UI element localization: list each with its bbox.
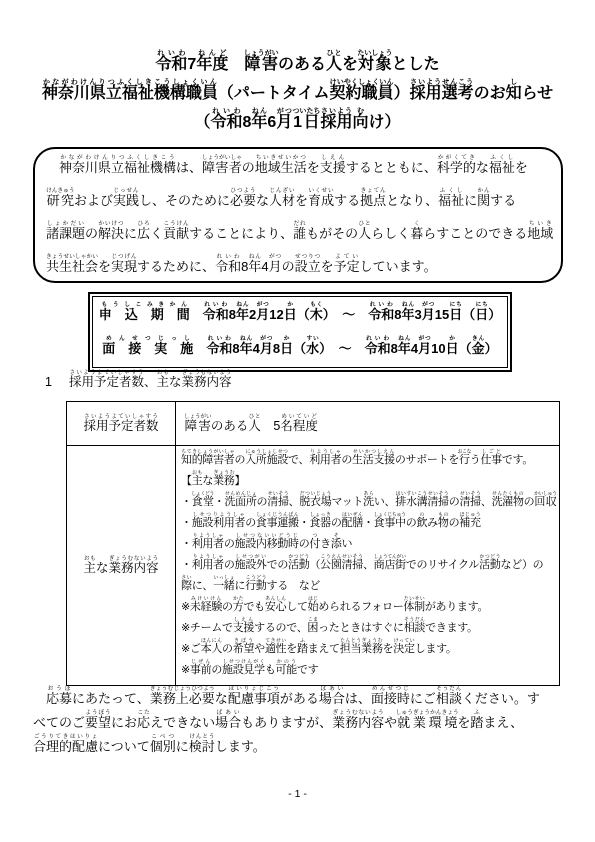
duty-line: ・食堂しょくどう・洗面所せんめんじょの清掃せいそう、脱衣場だついじょうマット洗あ…	[181, 492, 559, 513]
closing-line: 応募おうぼにあたって、業務上必要ぎょうむじょうひつような配慮事項はいりょじこうが…	[33, 686, 578, 710]
main-duties-content-cell: 知的障害者ちてきしょうがいしゃの入所施設にゅうしょしせつで、利用者りようしゃの生…	[176, 446, 559, 685]
title-line-main: 神奈川県立福祉機構職員かながわけんりつふくしきこうしょくいん（パートタイム契約職…	[0, 79, 595, 108]
duty-line: ・利用者りようしゃの施設内移動時しせつないいどうじの付つき添そい	[181, 534, 559, 555]
intro-line: 研究けんきゅうおよび実践じっせんし、そのために必要ひつような人材じんざいを育成い…	[46, 184, 550, 217]
duty-line: ※未経験みけいけんの方かたでも安心あんしんして始はじめられるフォロー体制たいせい…	[181, 597, 559, 618]
duty-line: 知的障害者ちてきしょうがいしゃの入所施設にゅうしょしせつで、利用者りようしゃの生…	[181, 450, 559, 471]
recruitment-table: 採用予定者数さいようよていしゃすう 障害しょうがいのある人ひと 5名程度めいてい…	[66, 401, 560, 686]
schedule-box-inner: 申 込 期 間もうしこみきかん 令和れいわ8年ねん2月がつ12日か（木もく） ～…	[92, 296, 508, 368]
duty-line: ※ご本人ほんにんの希望きぼうや適性てきせいを踏ふまえて担当業務たんとうぎょうむを…	[181, 639, 559, 660]
closing-line: 合理的配慮ごうりてきはいりょについて個別こべつに検討けんとうします。	[33, 734, 578, 758]
intro-line: 神奈川県立福祉機構かながわけんりつふくしきこうは、障害者しょうがいしゃの地域生活…	[46, 151, 550, 184]
title-line-fiscal-year: 令和れいわ7年度ねんど 障害しょうがいのある人ひとを対象たいしょうとした	[0, 50, 595, 79]
duty-line: ・利用者りようしゃの施設外しせつがいでの活動かつどう（公園清掃こうえんせいそう、…	[181, 555, 559, 576]
main-duties-label: 主おもな業務内容ぎょうむないよう	[83, 556, 158, 576]
document-page: 令和れいわ7年度ねんど 障害しょうがいのある人ひとを対象たいしょうとした 神奈川…	[0, 0, 595, 842]
document-title: 令和れいわ7年度ねんど 障害しょうがいのある人ひとを対象たいしょうとした 神奈川…	[0, 50, 595, 137]
title-line-hire-date: （令和れいわ8年ねん6月がつ1日ついたち採用さいよう向むけ）	[0, 108, 595, 137]
recruit-count-value-cell: 障害しょうがいのある人ひと 5名程度めいていど	[176, 402, 559, 445]
closing-paragraph: 応募おうぼにあたって、業務上必要ぎょうむじょうひつような配慮事項はいりょじこうが…	[33, 686, 578, 758]
recruit-count-value: 障害しょうがいのある人ひと 5名程度めいていど	[184, 414, 318, 434]
intro-line: 共生社会きょうせいしゃかいを実現じつげんするために、令和れいわ8年ねん4月がつの…	[46, 250, 550, 283]
table-row-recruit-count: 採用予定者数さいようよていしゃすう 障害しょうがいのある人ひと 5名程度めいてい…	[67, 402, 559, 446]
intro-line: 諸課題しょかだいの解決かいけつに広ひろく貢献こうけんすることにより、誰だれもがそ…	[46, 217, 550, 250]
intro-box: 神奈川県立福祉機構かながわけんりつふくしきこうは、障害者しょうがいしゃの地域生活…	[33, 147, 563, 283]
recruit-count-label-cell: 採用予定者数さいようよていしゃすう	[67, 402, 176, 445]
section-number: 1	[45, 369, 52, 396]
recruit-count-label: 採用予定者数さいようよていしゃすう	[83, 414, 158, 434]
duty-line: ・施設利用者しせつりようしゃの食事運搬しょくじうんぱん・食器しょっきの配膳はいぜ…	[181, 513, 559, 534]
main-duties-label-cell: 主おもな業務内容ぎょうむないよう	[67, 446, 176, 685]
duty-line: ※チームで支援しえんするので、困こまったときはすぐに相談そうだんできます。	[181, 618, 559, 639]
duty-line: 際さいに、一緒いっしょに行動こうどうする など	[181, 576, 559, 597]
page-number: - 1 -	[0, 788, 595, 800]
duty-line: ※事前じぜんの施設見学しせつけんがくも可能かのうです	[181, 660, 559, 681]
section-1-heading: 1採用予定者数さいようよていしゃすう、主おもな業務内容ぎょうむないよう	[45, 369, 232, 396]
schedule-box: 申 込 期 間もうしこみきかん 令和れいわ8年ねん2月がつ12日か（木もく） ～…	[88, 292, 512, 372]
application-period-line: 申 込 期 間もうしこみきかん 令和れいわ8年ねん2月がつ12日か（木もく） ～…	[99, 298, 502, 332]
closing-line: べてのご要望ようぼうにお応こたえできない場合ばあいもありますが、業務内容ぎょうむ…	[33, 710, 578, 734]
section-heading-text: 採用予定者数さいようよていしゃすう、主おもな業務内容ぎょうむないよう	[69, 375, 232, 389]
interview-dates-line: 面 接 実 施めんせつじっし 令和れいわ8年ねん4月がつ8日か（水すい） ～ 令…	[102, 332, 497, 366]
duty-line: 【主おもな業務ぎょうむ】	[181, 471, 559, 492]
table-row-main-duties: 主おもな業務内容ぎょうむないよう 知的障害者ちてきしょうがいしゃの入所施設にゅう…	[67, 446, 559, 685]
